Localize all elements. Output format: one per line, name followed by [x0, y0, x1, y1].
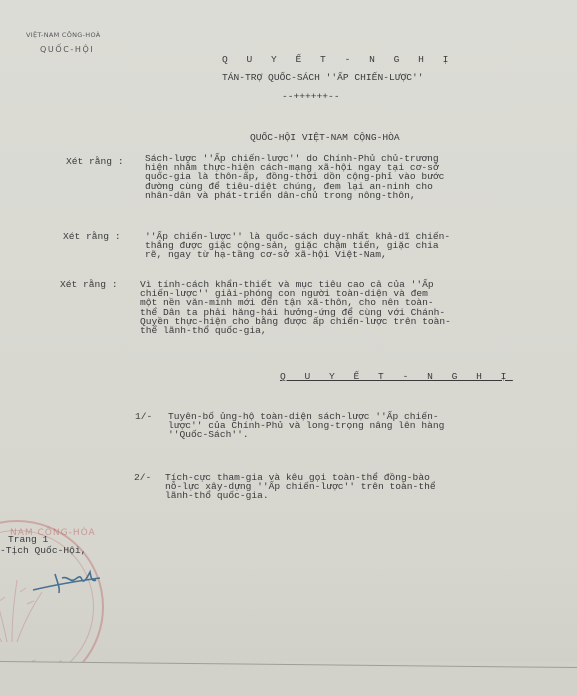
page-number: Trang 1 [8, 535, 48, 544]
consideration-label: Xét rằng : [66, 157, 124, 166]
resolution-heading: Q U Y Ế T - N G H Ị [280, 372, 513, 381]
letterhead-body: QUỐC-HỘI [40, 45, 94, 54]
handwritten-signature-icon [30, 568, 105, 598]
article-text: Tích-cực tham-gia và kêu gọi toàn-thể đồ… [165, 473, 436, 501]
letterhead-country: VIỆT-NAM CÔNG-HOÀ [26, 31, 101, 39]
consideration-text: ''Ấp chiến-lược'' là quốc-sách duy-nhất … [145, 232, 450, 260]
text-line: rẽ, ngay từ hạ-tầng cơ-sở xã-hội Việt-Na… [145, 250, 450, 259]
document-subtitle: TÁN-TRỢ QUỐC-SÁCH ''ẤP CHIẾN-LƯỢC'' [222, 73, 424, 82]
title-separator: --++++++-- [282, 92, 340, 101]
text-line: nhân-dân và phát-triển dân-chủ trong nôn… [145, 191, 444, 200]
article-text: Tuyên-bố ủng-hộ toàn-diện sách-lược ''Ấp… [168, 412, 444, 440]
signatory-title: -Tịch Quốc-Hội, [0, 546, 86, 555]
text-line: lãnh-thổ quốc-gia. [165, 491, 436, 500]
consideration-label: Xét rằng : [60, 280, 118, 289]
issuer-heading: QUỐC-HỘI VIỆT-NAM CỘNG-HÒA [250, 133, 400, 142]
consideration-text: Sách-lược ''Ấp chiến-lược'' do Chính-Phủ… [145, 154, 444, 200]
text-line: thể lãnh-thổ quốc-gia, [140, 326, 451, 335]
consideration-label: Xét rằng : [63, 232, 121, 241]
consideration-text: Vì tính-cách khẩn-thiết và mục tiêu cao … [140, 280, 451, 335]
article-number: 2/- [134, 473, 151, 482]
article-number: 1/- [135, 412, 152, 421]
document-title: Q U Y Ế T - N G H Ị [222, 55, 455, 64]
text-line: ''Quốc-Sách''. [168, 430, 444, 439]
